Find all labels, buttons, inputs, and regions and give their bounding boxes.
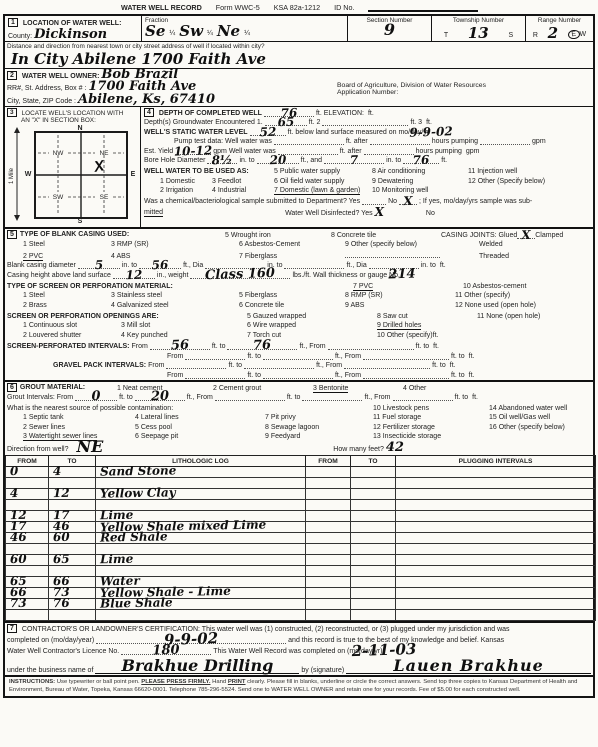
log-row: 6065Lime bbox=[6, 555, 596, 566]
quadrant-se-label: SE bbox=[100, 194, 109, 201]
bore-depth-1: 20 bbox=[269, 156, 286, 166]
contamination-option-9: 9 Feedyard bbox=[265, 433, 373, 440]
contamination-option-10: 10 Livestock pens bbox=[373, 405, 489, 412]
section-1-number: 1 bbox=[8, 18, 18, 27]
log-header-row: FROM TO LITHOLOGIC LOG FROM TO PLUGGING … bbox=[6, 456, 596, 467]
spi-from-value: 56 bbox=[171, 341, 189, 352]
contamination-option-5: 5 Cess pool bbox=[135, 424, 265, 431]
log-row: 1217Lime bbox=[6, 511, 596, 522]
static-level-label: WELL'S STATIC WATER LEVEL bbox=[144, 129, 248, 136]
township-s: S bbox=[508, 32, 513, 39]
screen-option-3: 3 Stainless steel bbox=[111, 292, 239, 299]
township-value: 13 bbox=[468, 27, 489, 39]
section-3-number: 3 bbox=[7, 108, 17, 117]
ft-to: ft. to bbox=[247, 372, 261, 379]
log-row bbox=[6, 478, 596, 489]
ft-from: ft., From bbox=[187, 394, 213, 401]
quarter-2-value: Sw bbox=[179, 25, 203, 37]
disinfected-question: Water Well Disinfected? Yes bbox=[285, 210, 373, 217]
distance-label: Distance and direction from nearest town… bbox=[7, 43, 591, 50]
lithologic-log-table: FROM TO LITHOLOGIC LOG FROM TO PLUGGING … bbox=[5, 455, 596, 621]
township-label: Township Number bbox=[435, 17, 522, 24]
casing-option-2-marked: 2 PVC bbox=[23, 253, 43, 261]
id-blank-line bbox=[368, 8, 478, 12]
contamination-option-13: 13 Insecticide storage bbox=[373, 433, 489, 440]
ft-from: ft., From bbox=[364, 394, 390, 401]
record-date-value: 2-11-03 bbox=[352, 643, 417, 657]
certification-text: CONTRACTOR'S OR LANDOWNER'S CERTIFICATIO… bbox=[22, 626, 510, 633]
screen-option-12: 12 None used (open hole) bbox=[455, 302, 536, 309]
section-7-number: 7 bbox=[7, 624, 17, 633]
ft-to: ft. to bbox=[287, 394, 301, 401]
log-header-to2: TO bbox=[351, 456, 396, 467]
mile-arrow-up bbox=[14, 127, 20, 133]
contamination-option-4: 4 Lateral lines bbox=[135, 414, 265, 421]
section-5-number: 5 bbox=[7, 230, 17, 239]
gauge-value: 214 bbox=[388, 269, 415, 280]
screen-option-11: 11 Other (specify) bbox=[455, 292, 510, 299]
township-cell: Township Number T 13 S bbox=[431, 16, 525, 41]
owner-address-label: RR#, St. Address, Box # : bbox=[7, 85, 86, 92]
bore-diameter-2: 7 bbox=[350, 156, 359, 165]
licence-value: 180 bbox=[152, 646, 179, 657]
section-6-grout: 6GROUT MATERIAL: 1 Neat cement 2 Cement … bbox=[5, 380, 593, 455]
static-level-mid: ft. below land surface measured on mo/da… bbox=[288, 129, 430, 136]
casing-option-8: 8 Concrete tile bbox=[331, 232, 441, 239]
log-row: 1746Yellow Shale mixed Lime bbox=[6, 522, 596, 533]
groundwater-ft2: ft. 2 bbox=[309, 119, 321, 126]
use-option-2: 2 Irrigation bbox=[160, 187, 212, 194]
unit-ft: ft. bbox=[472, 394, 478, 401]
unit-ft: ft. bbox=[441, 157, 447, 164]
ft-to: ft. to bbox=[228, 362, 242, 369]
depth-label: DEPTH OF COMPLETED WELL bbox=[159, 110, 262, 117]
owner-city-label: City, State, ZIP Code : bbox=[7, 98, 76, 105]
casing-option-6: 6 Asbestos-Cement bbox=[239, 241, 345, 248]
screen-option-9: 9 ABS bbox=[345, 302, 455, 309]
water-well-record-scan: WATER WELL RECORD Form WWC-5 KSA 82a-121… bbox=[0, 0, 598, 747]
opening-option-10: 10 Other (specify) bbox=[377, 332, 433, 339]
use-option-10: 10 Monitoring well bbox=[372, 187, 428, 194]
no-label: No bbox=[388, 198, 397, 205]
unit-ft: ft. bbox=[469, 353, 475, 360]
grout-from-value: 0 bbox=[91, 392, 100, 402]
id-label: ID No. bbox=[334, 3, 354, 12]
screen-option-2: 2 Brass bbox=[23, 302, 111, 309]
form-body: 1 LOCATION OF WATER WELL: County: Dickin… bbox=[3, 14, 595, 698]
from-label: From bbox=[167, 372, 183, 379]
log-header-from2: FROM bbox=[306, 456, 351, 467]
log-row: 6673Yellow Shale - Lime bbox=[6, 588, 596, 599]
use-option-8: 8 Air conditioning bbox=[372, 168, 468, 175]
casing-diameter-label: Blank casing diameter bbox=[7, 262, 76, 269]
section-number-value: 9 bbox=[384, 20, 395, 39]
joints-glued-x-mark: X bbox=[521, 230, 531, 239]
in-to: in. to bbox=[239, 157, 254, 164]
screen-option-4: 4 Galvanized steel bbox=[111, 302, 239, 309]
contamination-option-16: 16 Other (specify below) bbox=[489, 424, 565, 431]
opening-option-9-marked: 9 Drilled holes bbox=[377, 322, 421, 330]
range-label: Range Number bbox=[529, 17, 590, 24]
range-east-circled: E bbox=[567, 29, 580, 39]
screen-option-6: 6 Concrete tile bbox=[239, 302, 345, 309]
log-header-plugging: PLUGGING INTERVALS bbox=[396, 456, 596, 467]
grout-option-3-marked: 3 Bentonite bbox=[313, 385, 348, 393]
instructions-mid: Hand bbox=[212, 679, 226, 685]
county-cell: 1 LOCATION OF WATER WELL: County: Dickin… bbox=[5, 16, 141, 41]
owner-name-value: Bob Brazil bbox=[101, 70, 178, 80]
grout-option-4: 4 Other bbox=[403, 385, 426, 392]
instructions-press: PLEASE PRESS FIRMLY. bbox=[141, 679, 210, 685]
contamination-option-6: 6 Seepage pit bbox=[135, 433, 265, 440]
opening-option-11: 11 None (open hole) bbox=[477, 313, 540, 320]
disinfected-yes-x-mark: X bbox=[375, 208, 384, 217]
screen-option-10: 10 Asbestos-cement bbox=[463, 283, 526, 290]
from-label: From bbox=[148, 362, 164, 369]
log-to: 12 bbox=[53, 489, 70, 498]
contamination-option-12: 12 Fertilizer storage bbox=[373, 424, 489, 431]
section-box-diagram: 1 Mile N S W E NW NE SW bbox=[7, 124, 137, 224]
section-2-owner: 2 WATER WELL OWNER: Bob Brazil RR#, St. … bbox=[5, 68, 593, 106]
ft-from: ft., From bbox=[316, 362, 342, 369]
section-1-title: LOCATION OF WATER WELL: bbox=[23, 20, 122, 27]
contamination-option-15: 15 Oil well/Gas well bbox=[489, 414, 550, 421]
county-value: Dickinson bbox=[34, 30, 107, 40]
log-from: 4 bbox=[10, 489, 19, 498]
opening-option-3: 3 Mill slot bbox=[121, 322, 247, 329]
sample-question: Was a chemical/bacteriological sample su… bbox=[144, 198, 360, 205]
elevation-label: ft. ELEVATION: bbox=[316, 110, 364, 117]
ft-to: ft. to bbox=[416, 343, 430, 350]
compass-e: E bbox=[131, 171, 136, 178]
casing-option-3: 3 RMP (SR) bbox=[111, 241, 239, 248]
joints-label: CASING JOINTS: Glued bbox=[441, 232, 517, 239]
section-1-location: 1 LOCATION OF WATER WELL: County: Dickin… bbox=[5, 16, 593, 41]
spi-label: SCREEN-PERFORATED INTERVALS: bbox=[7, 343, 130, 350]
sample-tail: ; If yes, mo/day/yrs sample was sub- bbox=[419, 198, 532, 205]
from-label: From bbox=[167, 353, 183, 360]
range-cell: Range Number R 2 EW bbox=[525, 16, 593, 41]
section-2-number: 2 bbox=[7, 71, 17, 80]
instructions-pre: Use typewriter or ball point pen. bbox=[57, 679, 140, 685]
no-label: No bbox=[426, 210, 435, 217]
log-to: 65 bbox=[53, 555, 70, 564]
ft-to: ft. to bbox=[247, 353, 261, 360]
ft-dia: ft., Dia bbox=[346, 262, 366, 269]
compass-n: N bbox=[77, 125, 82, 132]
openings-title: SCREEN OR PERFORATION OPENINGS ARE: bbox=[7, 313, 247, 320]
yield-value: 10-12 bbox=[174, 146, 213, 156]
casing-option-4: 4 ABS bbox=[111, 253, 239, 260]
opening-option-6: 6 Wire wrapped bbox=[247, 322, 377, 329]
ft-dia: ft., Dia bbox=[183, 262, 203, 269]
statute-ref: KSA 82a-1212 bbox=[274, 3, 320, 12]
unit-gpm: gpm bbox=[466, 148, 480, 155]
contamination-option-1: 1 Septic tank bbox=[23, 414, 135, 421]
ft-to: ft. to bbox=[455, 394, 469, 401]
contamination-option-2: 2 Sewer lines bbox=[23, 424, 135, 431]
distance-row: Distance and direction from nearest town… bbox=[5, 41, 593, 68]
opening-option-5: 5 Gauzed wrapped bbox=[247, 313, 377, 320]
unit-ft: ft. bbox=[440, 262, 446, 269]
form-title-line: WATER WELL RECORD Form WWC-5 KSA 82a-121… bbox=[3, 2, 595, 14]
log-from: 46 bbox=[10, 533, 27, 542]
ft-to: ft. to bbox=[432, 362, 446, 369]
yield-label: Est. Yield bbox=[144, 148, 173, 155]
range-west: W bbox=[580, 31, 587, 38]
section-3-title-2: AN "X" IN SECTION BOX: bbox=[7, 117, 138, 124]
contamination-option-8: 8 Sewage lagoon bbox=[265, 424, 373, 431]
sample-no-x-mark: X bbox=[403, 197, 413, 206]
instructions-label: INSTRUCTIONS: bbox=[9, 679, 55, 685]
static-level-value: 52 bbox=[259, 127, 276, 137]
bore-depth-2: 76 bbox=[413, 156, 430, 166]
log-row bbox=[6, 566, 596, 577]
opening-option-2: 2 Louvered shutter bbox=[23, 332, 121, 339]
log-from: 0 bbox=[10, 467, 19, 476]
owner-city-value: Abilene, Ks, 67410 bbox=[78, 95, 215, 105]
use-option-12: 12 Other (Specify below) bbox=[468, 178, 545, 185]
signature-value: Lauen Brakhue bbox=[393, 656, 543, 675]
unit-ft: ft. bbox=[450, 362, 456, 369]
feet-value: 42 bbox=[386, 443, 404, 453]
bore-diameter-1: 8½ bbox=[212, 156, 233, 166]
in-to: in. to bbox=[421, 262, 436, 269]
casing-option-7: 7 Fiberglass bbox=[239, 253, 345, 260]
section-5-title: TYPE OF BLANK CASING USED: bbox=[20, 231, 129, 238]
agency-block: Board of Agriculture, Division of Water … bbox=[337, 70, 591, 105]
section-3-4-row: 3 LOCATE WELL'S LOCATION WITH AN "X" IN … bbox=[5, 106, 593, 227]
casing-option-9: 9 Other (specify below) bbox=[345, 241, 455, 248]
casing-option-5: 5 Wrought iron bbox=[225, 232, 331, 239]
screen-option-7-marked: 7 PVC bbox=[353, 283, 373, 291]
use-option-11: 11 Injection well bbox=[468, 168, 517, 175]
contamination-option-14: 14 Abandoned water well bbox=[489, 405, 567, 412]
range-value: 2 bbox=[548, 27, 558, 39]
quadrant-sw-label: SW bbox=[53, 194, 64, 201]
section-7-certification: 7 CONTRACTOR'S OR LANDOWNER'S CERTIFICAT… bbox=[5, 621, 593, 675]
quarter-symbol: ¼ bbox=[207, 30, 213, 37]
instructions-block: INSTRUCTIONS: Use typewriter or ball poi… bbox=[5, 675, 593, 696]
signature-label: by (signature) bbox=[301, 667, 344, 674]
completed-label: completed on (mo/day/year) bbox=[7, 637, 94, 644]
log-row bbox=[6, 544, 596, 555]
use-title: WELL WATER TO BE USED AS: bbox=[144, 168, 274, 175]
owner-block: 2 WATER WELL OWNER: Bob Brazil RR#, St. … bbox=[7, 70, 337, 105]
contamination-label: What is the nearest source of possible c… bbox=[7, 405, 373, 412]
screen-option-8: 8 RMP (SR) bbox=[345, 292, 455, 299]
log-to: 76 bbox=[53, 599, 70, 608]
compass-w: W bbox=[25, 171, 32, 178]
business-name-value: Brakhue Drilling bbox=[121, 656, 273, 675]
distance-value: In City Abilene 1700 Faith Ave bbox=[11, 50, 266, 68]
section-3-locate: 3 LOCATE WELL'S LOCATION WITH AN "X" IN … bbox=[5, 107, 141, 227]
ft-and: ft., and bbox=[301, 157, 322, 164]
casing-height-value: 12 bbox=[125, 270, 142, 280]
opening-option-1: 1 Continuous slot bbox=[23, 322, 121, 329]
application-number-label: Application Number: bbox=[337, 89, 591, 96]
use-option-5: 5 Public water supply bbox=[274, 168, 372, 175]
log-to: 60 bbox=[53, 533, 70, 542]
use-option-4: 4 Industrial bbox=[212, 187, 274, 194]
ft-to: ft. to bbox=[212, 343, 226, 350]
contamination-option-7: 7 Pit privy bbox=[265, 414, 373, 421]
log-to: 4 bbox=[53, 467, 62, 476]
quarter-1-value: Se bbox=[145, 25, 165, 37]
range-r: R bbox=[533, 32, 538, 39]
ft-from: ft., From bbox=[335, 372, 361, 379]
groundwater-1-value: 65 bbox=[277, 118, 294, 128]
joints-welded: Welded bbox=[479, 241, 503, 248]
section-5-casing: 5TYPE OF BLANK CASING USED: 5 Wrought ir… bbox=[5, 227, 593, 380]
use-option-7-marked: 7 Domestic (lawn & garden) bbox=[274, 187, 360, 195]
casing-height-label: Casing height above land surface bbox=[7, 272, 111, 279]
screen-material-title: TYPE OF SCREEN OR PERFORATION MATERIAL: bbox=[7, 283, 353, 290]
static-level-date: 9-9-02 bbox=[409, 127, 453, 138]
form-number: Form WWC-5 bbox=[216, 3, 260, 12]
section-3-title-1: LOCATE WELL'S LOCATION WITH bbox=[22, 110, 124, 117]
opening-option-8: 8 Saw cut bbox=[377, 313, 477, 320]
groundwater-label: Depth(s) Groundwater Encountered 1. bbox=[144, 119, 263, 126]
section-6-number: 6 bbox=[7, 383, 17, 392]
casing-depth-value: 56 bbox=[152, 261, 169, 271]
contamination-option-11: 11 Fuel storage bbox=[373, 414, 489, 421]
grout-to-value: 20 bbox=[151, 392, 169, 403]
mile-arrow-down bbox=[14, 215, 20, 221]
section-6-title: GROUT MATERIAL: bbox=[20, 384, 85, 391]
fraction-cell: Fraction Se ¼ Sw ¼ Ne ¼ bbox=[141, 16, 347, 41]
unit-ft: ft. bbox=[433, 332, 439, 339]
quarter-3-value: Ne bbox=[217, 25, 240, 37]
fraction-label: Fraction bbox=[145, 17, 344, 24]
joints-clamped: Clamped bbox=[535, 232, 563, 239]
quarter-symbol: ¼ bbox=[169, 30, 175, 37]
weight-label: in., weight bbox=[157, 272, 189, 279]
unit-gpm: gpm bbox=[532, 138, 546, 145]
log-from: 73 bbox=[10, 599, 27, 608]
log-row bbox=[6, 610, 596, 621]
ft-to: ft. to bbox=[451, 353, 465, 360]
ft-after: ft. after bbox=[346, 138, 368, 145]
ft-from: ft., From bbox=[335, 353, 361, 360]
grout-option-2: 2 Cement grout bbox=[213, 385, 313, 392]
use-option-9: 9 Dewatering bbox=[372, 178, 468, 185]
one-mile-label: 1 Mile bbox=[9, 167, 15, 184]
grout-intervals-label: Grout Intervals: From bbox=[7, 394, 73, 401]
ft-from: ft., From bbox=[299, 343, 325, 350]
use-option-1: 1 Domestic bbox=[160, 178, 212, 185]
log-desc: Red Shale bbox=[100, 533, 168, 543]
gravel-label: GRAVEL PACK INTERVALS: bbox=[53, 362, 146, 369]
county-label: County: bbox=[8, 33, 32, 40]
from-label: From bbox=[132, 343, 148, 350]
in-to: in. to bbox=[386, 157, 401, 164]
instructions-print: PRINT bbox=[228, 679, 246, 685]
unit-ft: ft. bbox=[469, 372, 475, 379]
log-row: 6566Water bbox=[6, 577, 596, 588]
spi-to-value: 76 bbox=[253, 341, 271, 352]
unit-ft: ft. bbox=[433, 343, 439, 350]
quadrant-ne-label: NE bbox=[99, 150, 109, 157]
log-row bbox=[6, 500, 596, 511]
joints-threaded: Threaded bbox=[479, 253, 509, 260]
direction-label: Direction from well? bbox=[7, 446, 68, 453]
ft-to: ft. to bbox=[119, 394, 133, 401]
casing-weight-value: Class 160 bbox=[205, 268, 275, 280]
direction-value: NE bbox=[76, 441, 103, 453]
licence-label: Water Well Contractor's Licence No. bbox=[7, 648, 119, 655]
section-number-cell: Section Number 9 bbox=[347, 16, 431, 41]
hours-pumping: hours pumping bbox=[432, 138, 478, 145]
log-row: 7376Blue Shale bbox=[6, 599, 596, 610]
casing-diameter-value: 5 bbox=[95, 261, 104, 270]
screen-option-1: 1 Steel bbox=[23, 292, 111, 299]
log-desc: Yellow Clay bbox=[100, 489, 176, 499]
casing-option-1: 1 Steel bbox=[23, 241, 111, 248]
section-4-construction: 4 DEPTH OF COMPLETED WELL 76 ft. ELEVATI… bbox=[141, 107, 593, 227]
quarter-symbol: ¼ bbox=[244, 30, 250, 37]
feet-label: How many feet? bbox=[333, 446, 384, 453]
owner-address-value: 1700 Faith Ave bbox=[88, 82, 196, 92]
sample-tail-2: mitted bbox=[144, 209, 163, 217]
business-name-label: under the business name of bbox=[7, 667, 93, 674]
section-4-number: 4 bbox=[144, 108, 154, 117]
log-row: 4660Red Shale bbox=[6, 533, 596, 544]
gauge-label: lbs./ft. Wall thickness or gauge No. bbox=[292, 272, 400, 279]
township-t: T bbox=[444, 32, 448, 39]
agency-name: Board of Agriculture, Division of Water … bbox=[337, 82, 591, 89]
log-from: 60 bbox=[10, 555, 27, 564]
log-row: 04Sand Stone bbox=[6, 467, 596, 478]
use-option-3: 3 Feedlot bbox=[212, 178, 274, 185]
unit-ft: ft. bbox=[368, 110, 374, 117]
log-desc: Lime bbox=[100, 555, 133, 565]
use-option-6: 6 Oil field water supply bbox=[274, 178, 372, 185]
ft-to: ft. to bbox=[451, 372, 465, 379]
log-row: 412Yellow Clay bbox=[6, 489, 596, 500]
screen-option-5: 5 Fiberglass bbox=[239, 292, 345, 299]
form-title: WATER WELL RECORD bbox=[121, 3, 202, 12]
quadrant-nw-label: NW bbox=[53, 150, 65, 157]
log-desc: Blue Shale bbox=[100, 599, 173, 609]
log-desc: Sand Stone bbox=[100, 467, 176, 477]
